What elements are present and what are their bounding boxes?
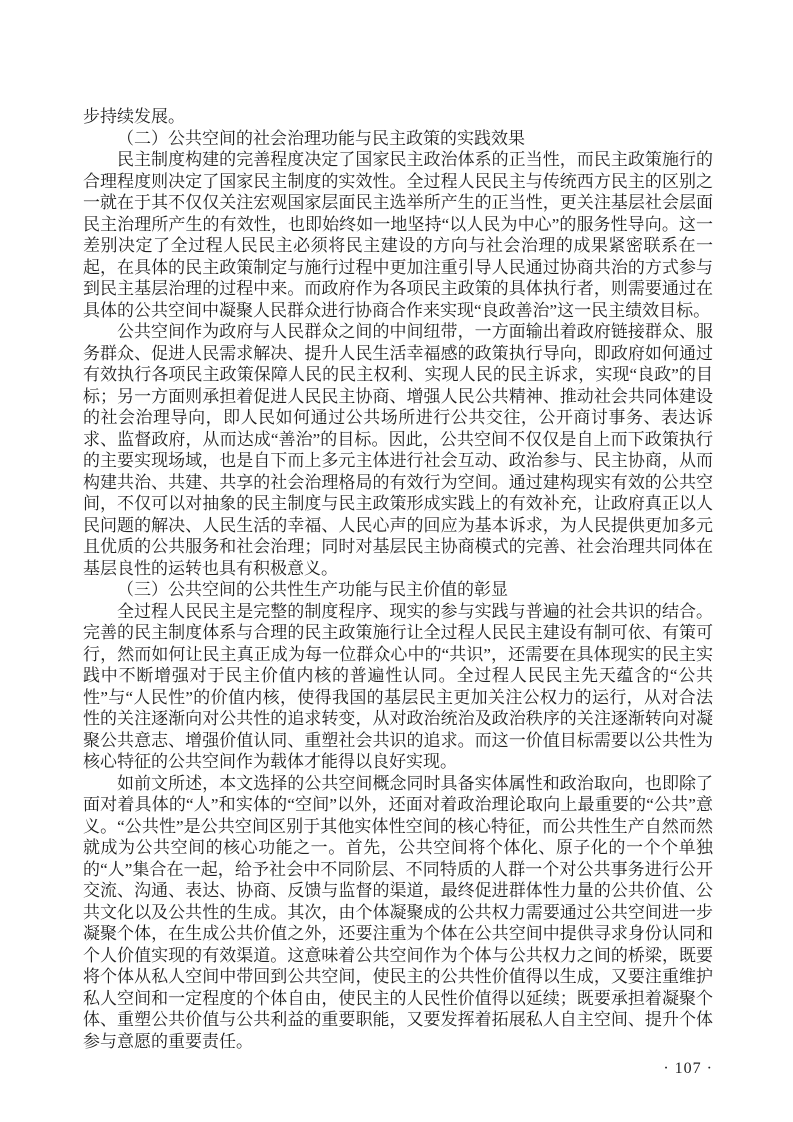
page-number: · 107 · (83, 1058, 713, 1080)
section-heading-2: （二）公共空间的社会治理功能与民主政策的实践效果 (83, 128, 713, 150)
paragraph: 民主制度构建的完善程度决定了国家民主政治体系的正当性，而民主政策施行的合理程度则… (83, 149, 713, 321)
paragraph: 公共空间作为政府与人民群众之间的中间纽带，一方面输出着政府链接群众、服务群众、促… (83, 321, 713, 579)
paragraph: 如前文所述，本文选择的公共空间概念同时具备实体属性和政治取向，也即除了面对着具体… (83, 773, 713, 1053)
page-content: 步持续发展。 （二）公共空间的社会治理功能与民主政策的实践效果 民主制度构建的完… (83, 106, 713, 1080)
paragraph: 全过程人民民主是完整的制度程序、现实的参与实践与普遍的社会共识的结合。完善的民主… (83, 601, 713, 773)
document-page: 步持续发展。 （二）公共空间的社会治理功能与民主政策的实践效果 民主制度构建的完… (0, 0, 793, 1122)
section-heading-3: （三）公共空间的公共性生产功能与民主价值的彰显 (83, 579, 713, 601)
carryover-line: 步持续发展。 (83, 106, 713, 128)
